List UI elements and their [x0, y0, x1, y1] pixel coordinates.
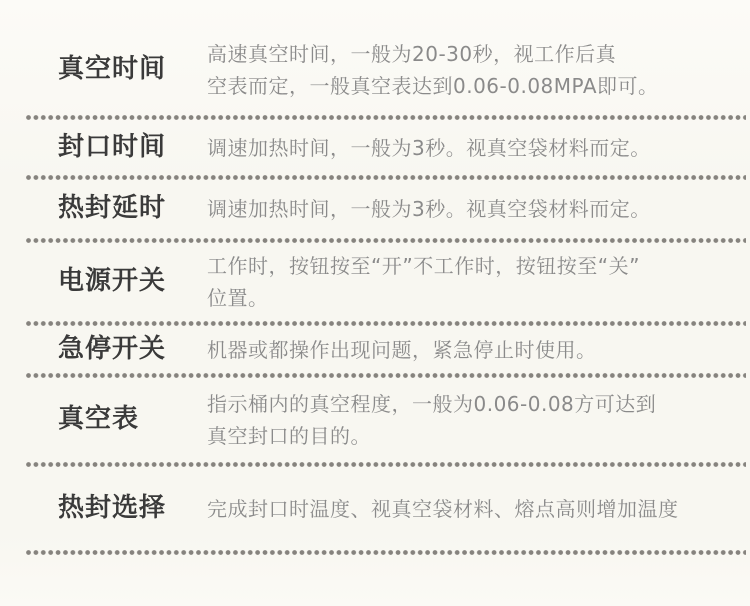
spec-row: 真空表 指示桶内的真空程度，一般为0.06-0.08方可达到真空封口的目的。 — [0, 378, 750, 462]
spec-table: 真空时间 高速真空时间，一般为20-30秒，视工作后真空表而定，一般真空表达到0… — [0, 0, 750, 555]
spec-row: 真空时间 高速真空时间，一般为20-30秒，视工作后真空表而定，一般真空表达到0… — [0, 0, 750, 115]
spec-row: 电源开关 工作时，按钮按至“开”不工作时，按钮按至“关”位置。 — [0, 243, 750, 321]
spec-term: 热封延时 — [0, 193, 207, 224]
spec-description-line: 空表而定，一般真空表达到0.06-0.08MPA即可。 — [207, 70, 714, 102]
spec-term: 热封选择 — [0, 493, 207, 524]
spec-description: 指示桶内的真空程度，一般为0.06-0.08方可达到真空封口的目的。 — [207, 388, 750, 452]
spec-term: 真空时间 — [0, 54, 207, 85]
spec-description: 调速加热时间，一般为3秒。视真空袋材料而定。 — [207, 193, 750, 225]
spec-term: 真空表 — [0, 404, 207, 435]
spec-description-line: 位置。 — [207, 282, 714, 314]
spec-description-line: 机器或都操作出现问题，紧急停止时使用。 — [207, 334, 714, 366]
spec-row: 封口时间 调速加热时间，一般为3秒。视真空袋材料而定。 — [0, 120, 750, 175]
spec-row: 热封延时 调速加热时间，一般为3秒。视真空袋材料而定。 — [0, 180, 750, 238]
spec-description-line: 真空封口的目的。 — [207, 420, 714, 452]
spec-description-line: 调速加热时间，一般为3秒。视真空袋材料而定。 — [207, 193, 714, 225]
spec-description-line: 高速真空时间，一般为20-30秒，视工作后真 — [207, 38, 714, 70]
spec-description: 调速加热时间，一般为3秒。视真空袋材料而定。 — [207, 132, 750, 164]
spec-description-line: 工作时，按钮按至“开”不工作时，按钮按至“关” — [207, 250, 714, 282]
spec-description: 高速真空时间，一般为20-30秒，视工作后真空表而定，一般真空表达到0.06-0… — [207, 38, 750, 102]
spec-term: 封口时间 — [0, 132, 207, 163]
spec-description: 完成封口时温度、视真空袋材料、熔点高则增加温度 — [207, 493, 750, 525]
spec-term: 电源开关 — [0, 266, 207, 297]
spec-row: 急停开关 机器或都操作出现问题，紧急停止时使用。 — [0, 326, 750, 373]
dotted-divider — [26, 550, 746, 555]
spec-sheet-page: 真空时间 高速真空时间，一般为20-30秒，视工作后真空表而定，一般真空表达到0… — [0, 0, 750, 606]
spec-description-line: 指示桶内的真空程度，一般为0.06-0.08方可达到 — [207, 388, 714, 420]
spec-description: 工作时，按钮按至“开”不工作时，按钮按至“关”位置。 — [207, 250, 750, 314]
spec-description: 机器或都操作出现问题，紧急停止时使用。 — [207, 334, 750, 366]
spec-description-line: 调速加热时间，一般为3秒。视真空袋材料而定。 — [207, 132, 714, 164]
spec-description-line: 完成封口时温度、视真空袋材料、熔点高则增加温度 — [207, 493, 714, 525]
spec-row: 热封选择 完成封口时温度、视真空袋材料、熔点高则增加温度 — [0, 467, 750, 550]
spec-term: 急停开关 — [0, 334, 207, 365]
